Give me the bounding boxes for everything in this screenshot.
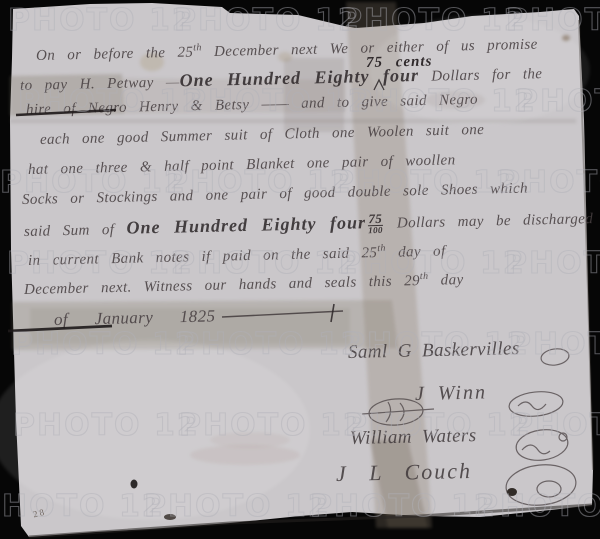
caret-mark: [374, 80, 384, 90]
cross-mark: [331, 304, 334, 322]
heavy-underline: [16, 110, 116, 115]
seal-scribbles: [362, 347, 578, 508]
ink-marks: [0, 0, 600, 539]
seal-scribble: [540, 347, 570, 367]
seal-scribble: [514, 427, 570, 464]
long-dash: [222, 311, 343, 317]
ink-blot: [507, 488, 517, 496]
heavy-stroke-left: [8, 326, 112, 331]
ink-blot: [164, 514, 176, 520]
seal-inner-marks: [522, 445, 550, 454]
photograph-of-document: On or before the 25th December next We o…: [0, 0, 600, 539]
seal-scribble: [508, 389, 564, 419]
seal-scribble: [504, 461, 578, 508]
seal-inner-marks: [537, 481, 561, 497]
seal-inner-marks: [518, 402, 546, 410]
ink-blot: [131, 480, 138, 489]
